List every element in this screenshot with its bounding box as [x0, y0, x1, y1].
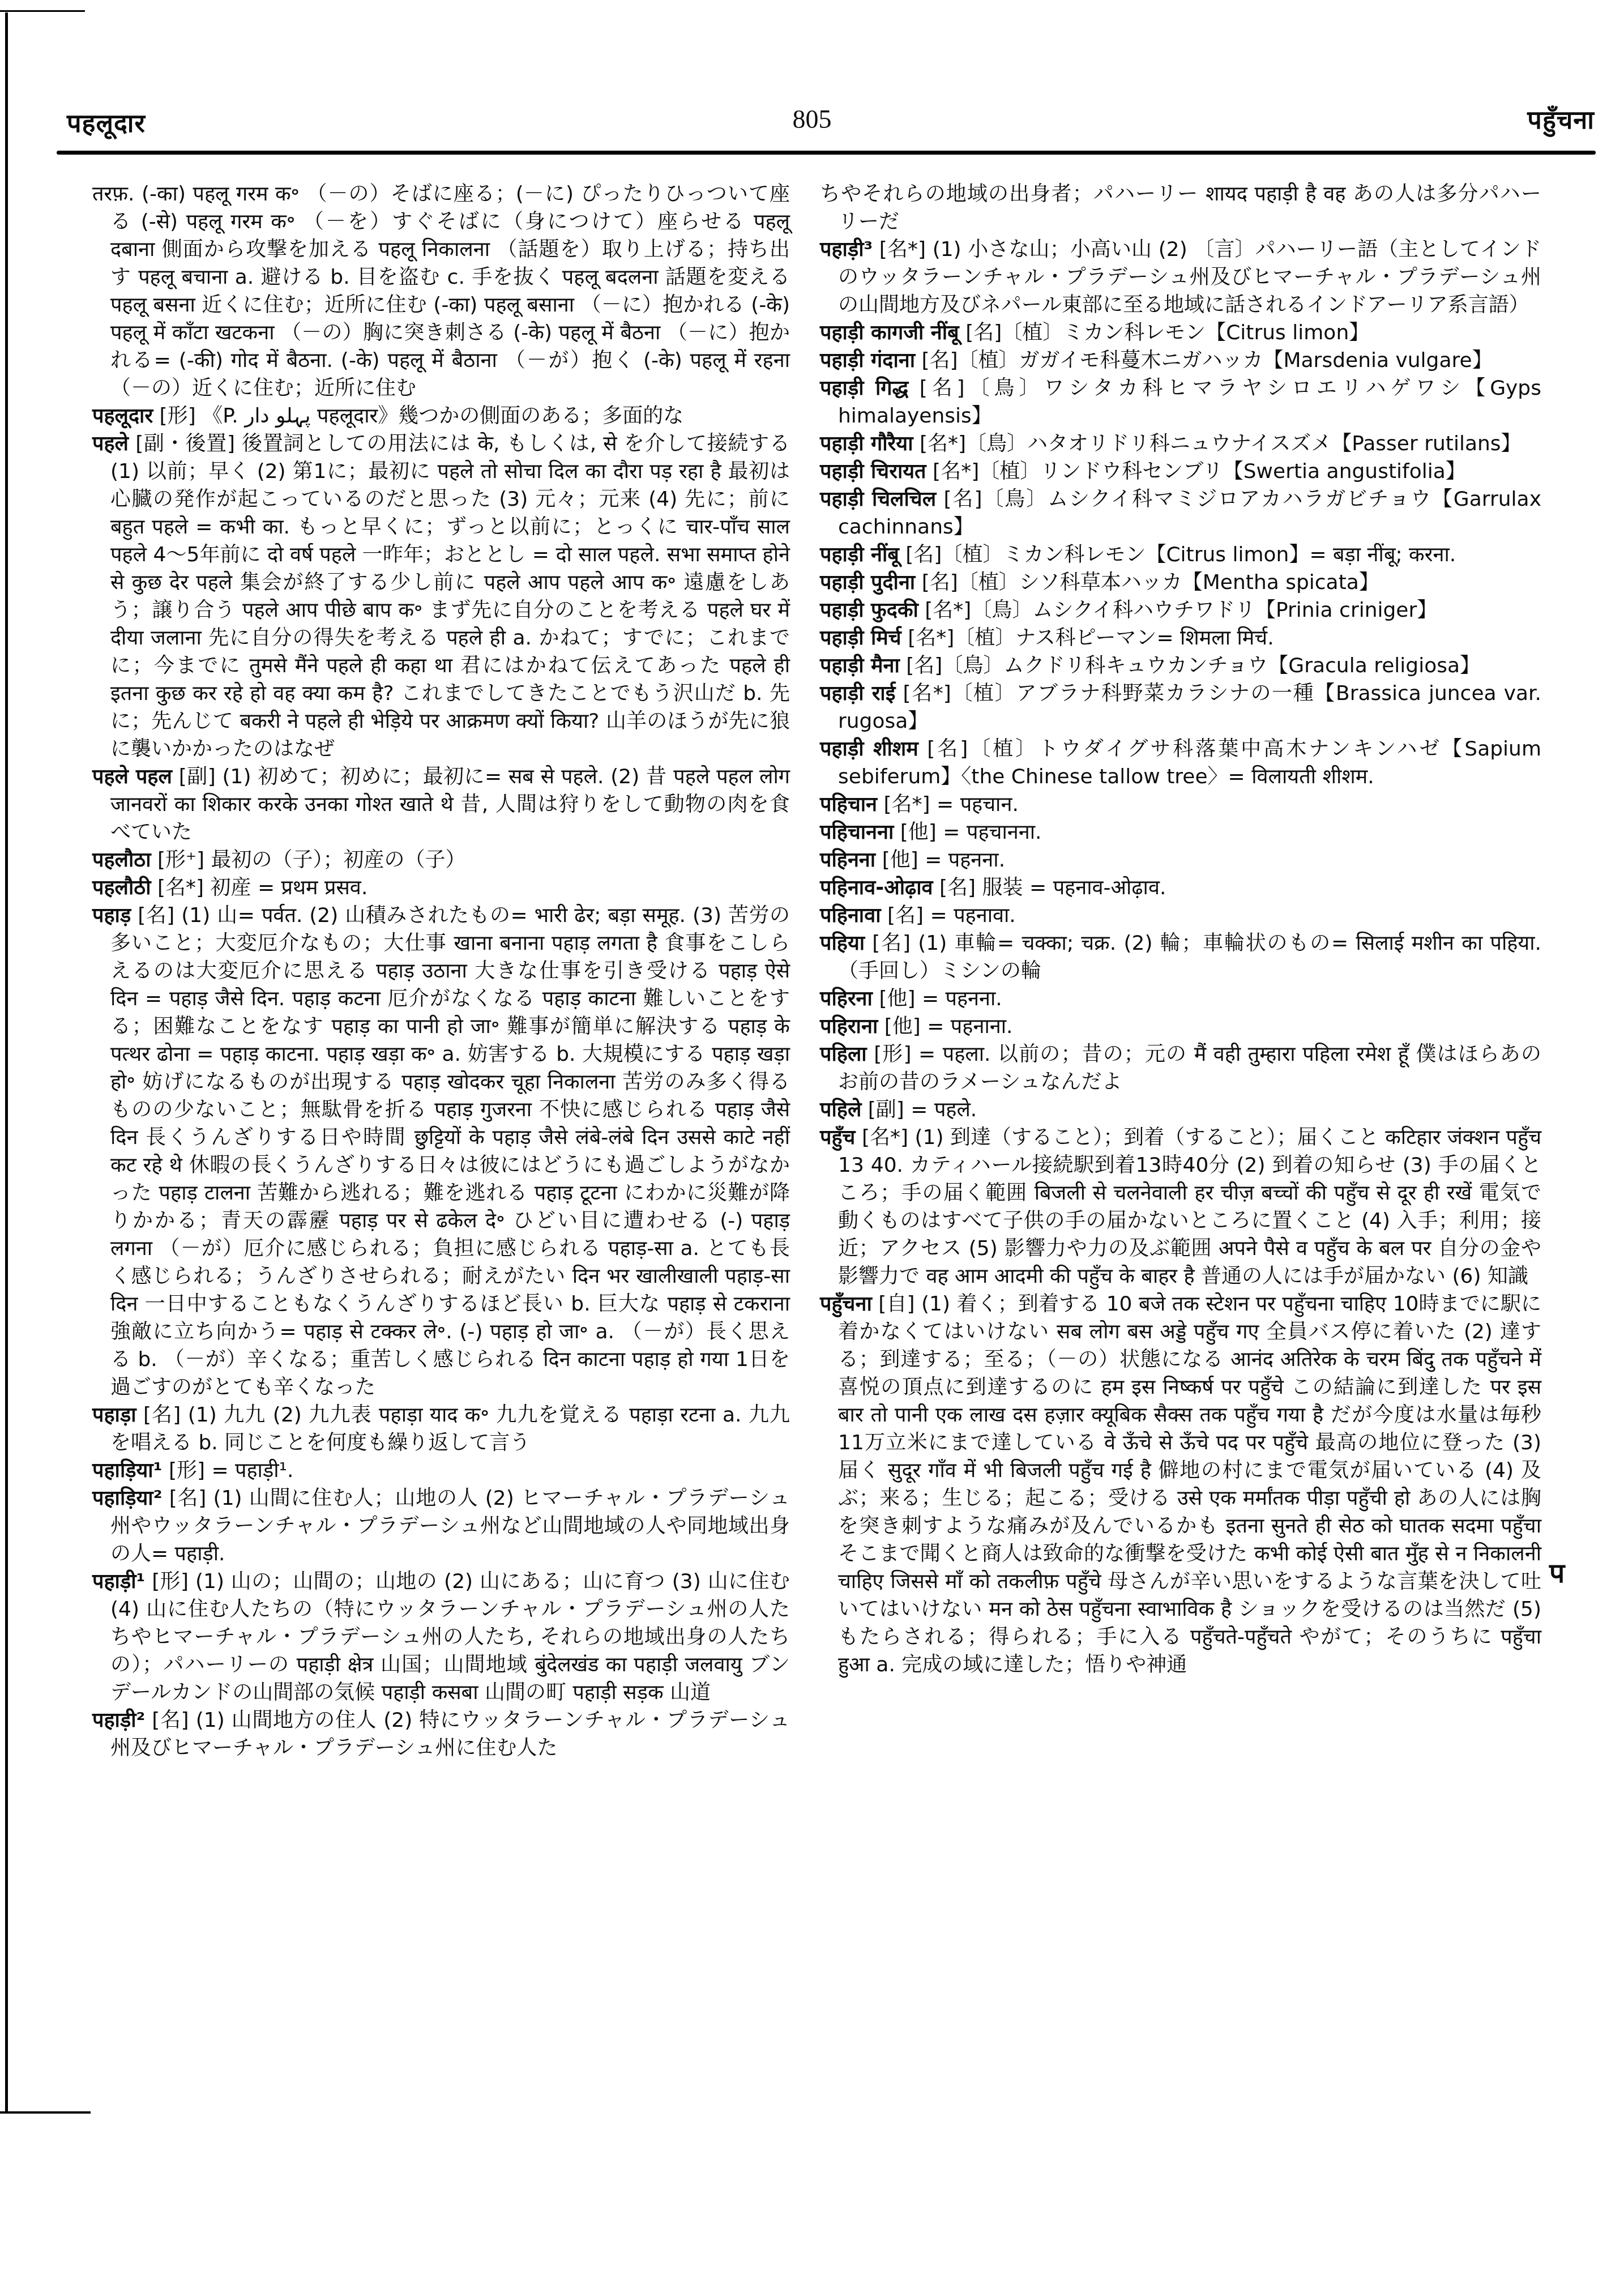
dictionary-entry: पहिनावा [名] = पहनावा. [820, 902, 1541, 929]
entry-body: [形] (1) 山の；山間の；山地の (2) 山にある；山に育つ (3) 山に住… [110, 1570, 790, 1704]
entry-headword: पहिनाव-ओढ़ाव [820, 876, 933, 899]
dictionary-entry: पहिला [形] = पहला. 以前の；昔の；元の मैं वही तुम्… [820, 1040, 1541, 1096]
entry-headword: पहाड़ी फुदकी [820, 599, 918, 622]
dictionary-entry: पहाड़ [名] (1) 山= पर्वत. (2) 山積みされたもの= भा… [92, 902, 790, 1401]
entry-headword: पहलौठा [92, 848, 151, 872]
entry-body: [副・後置] 後置詞としての用法には के, もしくは, से を介して接続する… [110, 432, 790, 761]
dictionary-entry: पहाड़ी शीशम [名]〔植〕トウダイグサ科落葉中高木ナンキンハゼ【Sap… [820, 735, 1541, 791]
entry-headword: पहले [92, 432, 129, 455]
dictionary-entry: पहुँच [名*] (1) 到達（すること）；到着（すること）；届くこと कट… [820, 1124, 1541, 1290]
entry-body: [副] (1) 初めて；初めに；最初に= सब से पहले. (2) 昔 प… [110, 765, 790, 844]
entry-headword: पहिनावा [820, 904, 881, 927]
entry-headword: पहाड़ी चिरायत [820, 460, 926, 483]
scan-edge-mark-top [0, 10, 85, 12]
entry-body: [名*] = पहचान. [884, 793, 1019, 816]
dictionary-entry: पहाड़ी³ [名*] (1) 小さな山；小高い山 (2) 〔言〕パハーリー語… [820, 236, 1541, 319]
dictionary-entry: पहले [副・後置] 後置詞としての用法には के, もしくは, से を介し… [92, 430, 790, 763]
entry-body: [他] = पहनना. [879, 987, 1002, 1010]
entry-headword: पहाड़ी¹ [92, 1570, 145, 1593]
entry-body: [名]〔鳥〕ムクドリ科キュウカンチョウ【Gracula religiosa】 [906, 654, 1480, 677]
entry-body: [形] = पहाड़ी¹. [169, 1459, 294, 1482]
entry-headword: पहाड़ी गिद्ध [820, 377, 908, 400]
dictionary-entry: पहाड़ी² [名] (1) 山間地方の住人 (2) 特にウッタラーンチャル・… [92, 1706, 790, 1762]
dictionary-entry: पहाड़ी नींबू [名]〔植〕ミカン科レモン【Citrus limon】… [820, 541, 1541, 569]
entry-headword: पहाड़िया¹ [92, 1459, 162, 1482]
dictionary-entry: पहाड़ी गौरैया [名*]〔鳥〕ハタオリドリ科ニュウナイスズメ【Pas… [820, 430, 1541, 458]
entry-headword: पहाड़ा [92, 1403, 136, 1427]
dictionary-entry: पहाड़ी चिरायत [名*]〔植〕リンドウ科センブリ【Swertia a… [820, 458, 1541, 485]
dictionary-entry: पहाड़ी कागजी नींबू [名]〔植〕ミカン科レモン【Citrus … [820, 319, 1541, 347]
entry-body: [形] = पहला. 以前の；昔の；元の मैं वही तुम्हारा प… [838, 1043, 1541, 1094]
dictionary-entry: पहले पहल [副] (1) 初めて；初めに；最初に= सब से पहले… [92, 763, 790, 846]
entry-headword: पहाड़िया² [92, 1487, 162, 1510]
entry-body: [名] (1) 山= पर्वत. (2) 山積みされたもの= भारी ढेर… [110, 904, 790, 1399]
entry-headword: पहाड़ी राई [820, 682, 895, 705]
running-head-right: पहुँचना [1527, 102, 1595, 136]
entry-headword: पहाड़ी मिर्च [820, 626, 901, 650]
dictionary-entry: पहलौठा [形⁺] 最初の（子）；初産の（子） [92, 846, 790, 874]
entry-body: [形] 《P. پہلو دار पहलूदार》幾つかの側面のある；多面的な [160, 404, 684, 428]
entry-body: [名]〔植〕トウダイグサ科落葉中高木ナンキンハゼ【Sapium sebiferu… [838, 737, 1541, 788]
entry-body: ちやそれらの地域の出身者；パハーリー शायद पहाड़ी है वह あの人… [820, 182, 1541, 233]
entry-headword: पहाड़ी पुदीना [820, 571, 915, 594]
entry-headword: पहाड़ी चिलचिल [820, 488, 936, 511]
entry-body: [他] = पहचानना. [900, 821, 1042, 844]
entry-headword: पहिले [820, 1098, 861, 1121]
margin-section-letter: प [1549, 1554, 1565, 1591]
entry-body: [名*] (1) 小さな山；小高い山 (2) 〔言〕パハーリー語（主としてインド… [838, 238, 1541, 317]
entry-body: [他] = पहनाना. [884, 1015, 1013, 1038]
dictionary-entry: पहाड़ी गिद्ध [名]〔鳥〕ワシタカ科ヒマラヤシロエリハゲワシ【Gyp… [820, 374, 1541, 430]
dictionary-entry: पहिनना [他] = पहनना. [820, 846, 1541, 874]
entry-body: [名] = पहनावा. [887, 904, 1016, 927]
column-right: ちやそれらの地域の出身者；パハーリー शायद पहाड़ी है वह あの人… [820, 180, 1541, 1679]
column-left: तरफ़. (-का) पहलू गरम क॰ （－の）そばに座る；(－に) ぴ… [92, 180, 790, 1762]
entry-headword: पहलूदार [92, 404, 153, 428]
entry-headword: पहिला [820, 1043, 867, 1066]
dictionary-entry: पहाड़ा [名] (1) 九九 (2) 九九表 पहाड़ा याद क॰ … [92, 1401, 790, 1457]
entry-body: [名*]〔鳥〕ムシクイ科ハウチワドリ【Prinia criniger】 [925, 599, 1437, 622]
dictionary-entry: पहलूदार [形] 《P. پہلو دار पहलूदार》幾つかの側面の… [92, 402, 790, 430]
entry-headword: पहुँच [820, 1126, 855, 1149]
entry-body: [名] (1) 車輪= चक्का; चक्र. (2) 輪；車輪状のもの= स… [838, 932, 1541, 983]
entry-body: [名]〔鳥〕ワシタカ科ヒマラヤシロエリハゲワシ【Gyps himalayensi… [838, 377, 1541, 428]
dictionary-entry: पहाड़िया¹ [形] = पहाड़ी¹. [92, 1457, 790, 1484]
entry-body: [名] (1) 山間に住む人；山地の人 (2) ヒマーチャル・プラデーシュ州やウ… [110, 1487, 790, 1565]
entry-body: [名*]〔植〕アブラナ科野菜カラシナの一種【Brassica juncea va… [838, 682, 1541, 733]
dictionary-page: पहलूदार 805 पहुँचना तरफ़. (-का) पहलू गरम… [0, 0, 1624, 2292]
entry-body: [名]〔植〕シソ科草本ハッカ【Mentha spicata】 [922, 571, 1379, 594]
dictionary-entry: पहाड़ी पुदीना [名]〔植〕シソ科草本ハッカ【Mentha spic… [820, 569, 1541, 596]
dictionary-entry: पहाड़ी मैना [名]〔鳥〕ムクドリ科キュウカンチョウ【Gracula … [820, 652, 1541, 680]
entry-body: [名*]〔鳥〕ハタオリドリ科ニュウナイスズメ【Passer rutilans】 [920, 432, 1522, 455]
entry-headword: पहले पहल [92, 765, 172, 788]
entry-headword: पहिचान [820, 793, 877, 816]
entry-headword: पहिराना [820, 1015, 878, 1038]
dictionary-entry: पहिया [名] (1) 車輪= चक्का; चक्र. (2) 輪；車輪状… [820, 929, 1541, 985]
entry-headword: पहाड़ [92, 904, 131, 927]
entry-headword: पहाड़ी शीशम [820, 737, 918, 761]
entry-body: [名]〔植〕ミカン科レモン【Citrus limon】 [965, 321, 1369, 344]
dictionary-entry-continuation: ちやそれらの地域の出身者；パハーリー शायद पहाड़ी है वह あの人… [820, 180, 1541, 236]
entry-headword: पहाड़ी नींबू [820, 543, 899, 566]
entry-headword: पहाड़ी³ [820, 238, 873, 261]
entry-headword: पहिचानना [820, 821, 894, 844]
entry-headword: पहाड़ी कागजी नींबू [820, 321, 959, 344]
entry-body: [名*]〔植〕リンドウ科センブリ【Swertia angustifolia】 [933, 460, 1466, 483]
entry-body: [名]〔植〕ガガイモ科蔓木ニガハッカ【Marsdenia vulgare】 [921, 349, 1492, 372]
scan-edge-mark-bottom [0, 2111, 91, 2114]
dictionary-entry: पहिनाव-ओढ़ाव [名] 服装 = पहनाव-ओढ़ाव. [820, 874, 1541, 902]
header-rule [57, 151, 1596, 155]
dictionary-entry: पहाड़िया² [名] (1) 山間に住む人；山地の人 (2) ヒマーチャル… [92, 1484, 790, 1568]
page-number: 805 [0, 104, 1624, 134]
dictionary-entry: पहिले [副] = पहले. [820, 1096, 1541, 1124]
entry-body: तरफ़. (-का) पहलू गरम क॰ （－の）そばに座る；(－に) ぴ… [92, 182, 790, 400]
entry-headword: पहलौठी [92, 876, 151, 899]
dictionary-entry: पहिराना [他] = पहनाना. [820, 1013, 1541, 1040]
entry-headword: पहाड़ी² [92, 1709, 145, 1732]
entry-headword: पहिया [820, 932, 865, 955]
entry-body: [名]〔鳥〕ムシクイ科マミジロアカハラガビチョウ【Garrulax cachin… [838, 488, 1541, 539]
entry-body: [形⁺] 最初の（子）；初産の（子） [157, 848, 466, 872]
entry-body: [名] 服装 = पहनाव-ओढ़ाव. [939, 876, 1166, 899]
entry-headword: पहिनना [820, 848, 875, 872]
entry-body: [他] = पहनना. [882, 848, 1005, 872]
dictionary-entry: पहाड़ी मिर्च [名*]〔植〕ナス科ピーマン= शिमला मिर्च… [820, 624, 1541, 652]
dictionary-entry: पहिचान [名*] = पहचान. [820, 791, 1541, 818]
dictionary-entry: पहिचानना [他] = पहचानना. [820, 818, 1541, 846]
entry-headword: पहिरना [820, 987, 873, 1010]
entry-body: [名]〔植〕ミカン科レモン【Citrus limon】= बड़ा नींबू;… [905, 543, 1456, 566]
entry-headword: पहुँचना [820, 1292, 872, 1316]
entry-headword: पहाड़ी मैना [820, 654, 900, 677]
entry-body: [名] (1) 九九 (2) 九九表 पहाड़ा याद क॰ 九九を覚える … [110, 1403, 790, 1454]
dictionary-entry: पहाड़ी चिलचिल [名]〔鳥〕ムシクイ科マミジロアカハラガビチョウ【G… [820, 485, 1541, 541]
dictionary-entry: पहाड़ी फुदकी [名*]〔鳥〕ムシクイ科ハウチワドリ【Prinia c… [820, 596, 1541, 624]
entry-headword: पहाड़ी गंदाना [820, 349, 915, 372]
dictionary-entry: पहिरना [他] = पहनना. [820, 985, 1541, 1013]
dictionary-entry: पहाड़ी गंदाना [名]〔植〕ガガイモ科蔓木ニガハッカ【Marsden… [820, 347, 1541, 374]
entry-body: [名] (1) 山間地方の住人 (2) 特にウッタラーンチャル・プラデーシュ州及… [110, 1709, 790, 1760]
dictionary-entry: पहुँचना [自] (1) 着く；到着する 10 बजे तक स्टेशन… [820, 1290, 1541, 1679]
dictionary-entry: पहलौठी [名*] 初産 = प्रथम प्रसव. [92, 874, 790, 902]
entry-body: [自] (1) 着く；到着する 10 बजे तक स्टेशन पर पहुँ… [838, 1292, 1541, 1676]
scan-binding-edge [5, 12, 8, 2112]
dictionary-entry: पहाड़ी राई [名*]〔植〕アブラナ科野菜カラシナの一種【Brassic… [820, 680, 1541, 735]
entry-body: [名*]〔植〕ナス科ピーマン= शिमला मिर्च. [908, 626, 1273, 650]
entry-body: [名*] (1) 到達（すること）；到着（すること）；届くこと कटिहार ज… [838, 1126, 1541, 1288]
dictionary-entry-continuation: तरफ़. (-का) पहलू गरम क॰ （－の）そばに座る；(－に) ぴ… [92, 180, 790, 402]
dictionary-entry: पहाड़ी¹ [形] (1) 山の；山間の；山地の (2) 山にある；山に育つ… [92, 1568, 790, 1706]
entry-body: [名*] 初産 = प्रथम प्रसव. [157, 876, 367, 899]
entry-headword: पहाड़ी गौरैया [820, 432, 913, 455]
entry-body: [副] = पहले. [868, 1098, 977, 1121]
